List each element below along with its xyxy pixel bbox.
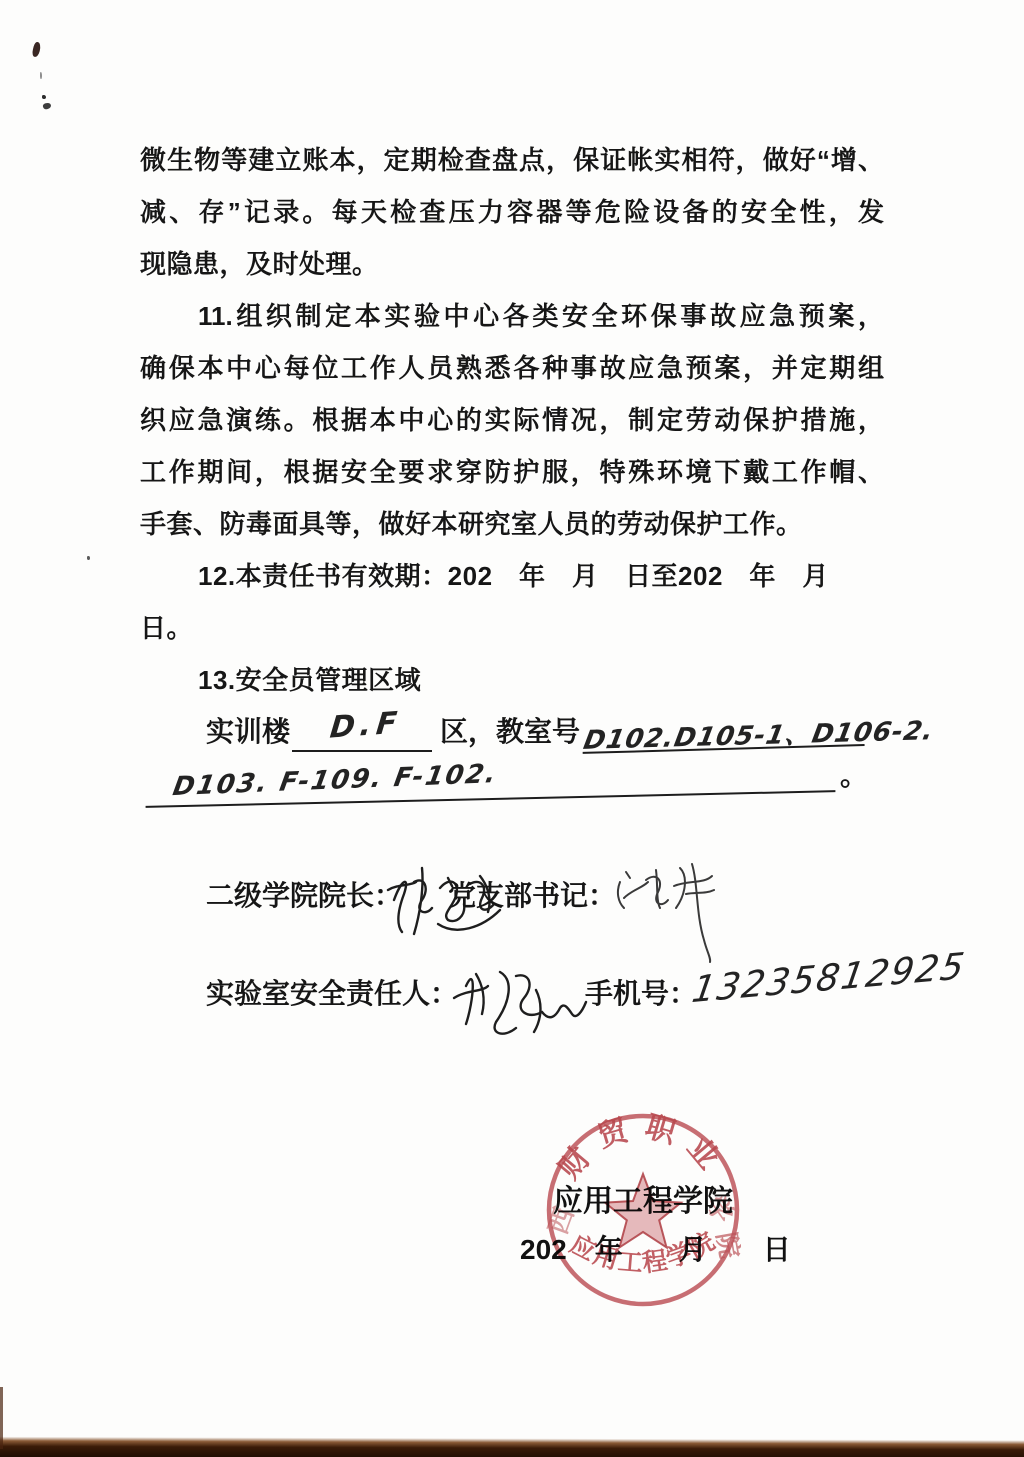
text-line: 现隐患，及时处理。 (140, 238, 884, 290)
clause-11-line: 11.组织制定本实验中心各类安全环保事故应急预案， (140, 290, 884, 342)
sentence-period: 。 (840, 756, 868, 796)
text-line: 微生物等建立账本，定期检查盘点，保证帐实相符，做好“增、 (140, 134, 884, 186)
scan-edge-band (0, 1428, 1024, 1457)
secretary-signature-handwriting (612, 854, 724, 964)
stamp-right-partial-char: 学 (700, 1190, 739, 1229)
leaders-signature-row: 二级学院院长： 党支部书记： (140, 856, 940, 952)
text-line: 减、存”记录。每天检查压力容器等危险设备的安全性，发 (140, 186, 884, 238)
responsible-signature-row: 实验室安全责任人： 手机号： 13235812925 (140, 950, 940, 1050)
text-line: 日。 (140, 602, 884, 654)
rooms-handwriting-2: D103. F-109. F-102. (171, 759, 501, 802)
stamp-inner-text: 应用工程学院 (565, 1226, 720, 1277)
secretary-label: 党支部书记： (448, 874, 616, 914)
building-blank: D.F (292, 706, 432, 752)
text-line: 工作期间，根据安全要求穿防护服，特殊环境下戴工作帽、 (140, 446, 884, 498)
official-stamp: 财贸职业 西 学 院 应用工程学院 (545, 1112, 741, 1308)
dean-label: 二级学院院长： (206, 874, 402, 914)
document-body: 微生物等建立账本，定期检查盘点，保证帐实相符，做好“增、 减、存”记录。每天检查… (140, 134, 884, 706)
clause-13-heading: 13.安全员管理区域 (140, 654, 884, 706)
ink-speck (42, 102, 52, 110)
safety-area-row-2: D103. F-109. F-102. 。 (140, 756, 900, 814)
ink-speck (31, 41, 41, 57)
phone-handwriting: 13235812925 (689, 946, 969, 1012)
building-handwriting: D.F (328, 705, 403, 745)
clause-12-line: 12.本责任书有效期：202 年 月 日至202 年 月 (140, 550, 884, 602)
text-line: 手套、防毒面具等，做好本研究室人员的劳动保护工作。 (140, 498, 884, 550)
star-icon (605, 1174, 681, 1247)
scan-edge-left (0, 1387, 3, 1449)
phone-label: 手机号： (585, 972, 697, 1012)
ink-speck (87, 556, 90, 560)
ink-speck (40, 72, 42, 79)
text-line: 织应急演练。根据本中心的实际情况，制定劳动保护措施， (140, 394, 884, 446)
ink-speck (42, 95, 46, 99)
zone-room-label: 区，教室号 (440, 712, 580, 752)
text-line: 确保本中心每位工作人员熟悉各种事故应急预案，并定期组 (140, 342, 884, 394)
building-label: 实训楼 (206, 712, 290, 752)
responsible-label: 实验室安全责任人： (206, 972, 458, 1012)
responsible-signature-handwriting (450, 950, 590, 1046)
rooms-blank-2: D103. F-109. F-102. (145, 746, 836, 808)
